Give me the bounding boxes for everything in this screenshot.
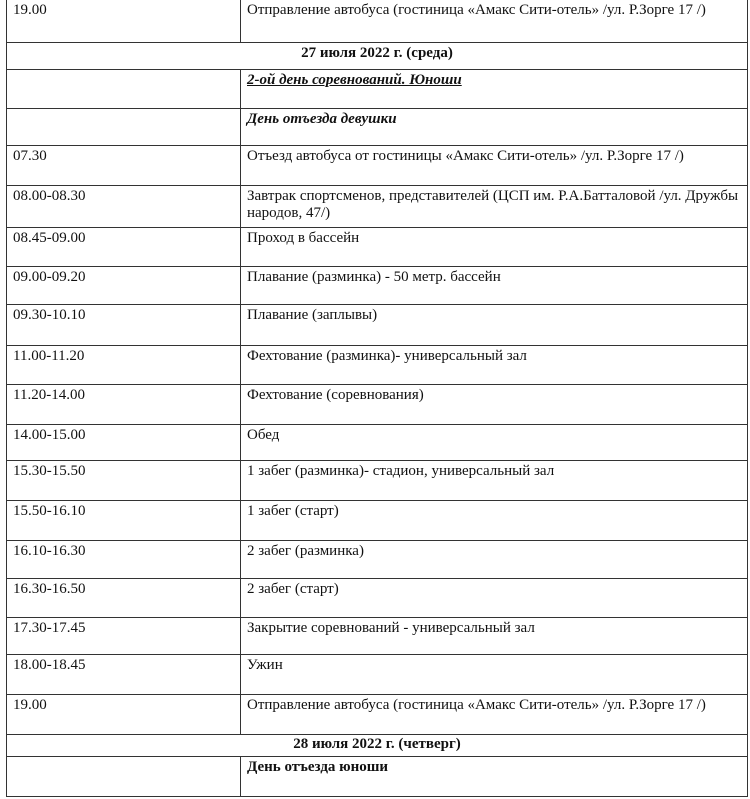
table-row: 16.30-16.50 2 забег (старт) <box>7 579 748 618</box>
time-cell <box>7 70 241 109</box>
description-cell: Обед <box>241 425 748 461</box>
table-row: 17.30-17.45 Закрытие соревнований - унив… <box>7 618 748 655</box>
table-row: 2-ой день соревнований. Юноши <box>7 70 748 109</box>
table-row: День отъезда юноши <box>7 757 748 797</box>
time-cell: 17.30-17.45 <box>7 618 241 655</box>
date-header-row: 28 июля 2022 г. (четверг) <box>7 735 748 757</box>
time-cell: 19.00 <box>7 695 241 735</box>
time-cell: 09.00-09.20 <box>7 267 241 305</box>
time-cell: 19.00 <box>7 0 241 43</box>
schedule-body: 19.00 Отправление автобуса (гостиница «А… <box>7 0 748 797</box>
time-cell: 14.00-15.00 <box>7 425 241 461</box>
time-cell: 07.30 <box>7 146 241 186</box>
time-cell: 18.00-18.45 <box>7 655 241 695</box>
description-cell: Проход в бассейн <box>241 228 748 267</box>
schedule-table: 19.00 Отправление автобуса (гостиница «А… <box>6 0 748 797</box>
description-cell: 1 забег (разминка)- стадион, универсальн… <box>241 461 748 501</box>
table-row: 16.10-16.30 2 забег (разминка) <box>7 541 748 579</box>
time-cell: 15.50-16.10 <box>7 501 241 541</box>
time-cell: 16.30-16.50 <box>7 579 241 618</box>
table-row: 15.30-15.50 1 забег (разминка)- стадион,… <box>7 461 748 501</box>
table-row: День отъезда девушки <box>7 109 748 146</box>
time-cell: 08.45-09.00 <box>7 228 241 267</box>
description-cell: Отъезд автобуса от гостиницы «Амакс Сити… <box>241 146 748 186</box>
description-cell: Отправление автобуса (гостиница «Амакс С… <box>241 695 748 735</box>
description-cell: Плавание (заплывы) <box>241 305 748 346</box>
time-cell: 15.30-15.50 <box>7 461 241 501</box>
date-header: 28 июля 2022 г. (четверг) <box>7 735 748 757</box>
description-cell: 2 забег (разминка) <box>241 541 748 579</box>
table-row: 08.00-08.30 Завтрак спортсменов, предста… <box>7 186 748 228</box>
table-row: 11.20-14.00 Фехтование (соревнования) <box>7 385 748 425</box>
description-cell: Ужин <box>241 655 748 695</box>
description-cell: Отправление автобуса (гостиница «Амакс С… <box>241 0 748 43</box>
time-cell: 16.10-16.30 <box>7 541 241 579</box>
table-row: 14.00-15.00 Обед <box>7 425 748 461</box>
description-cell: 2 забег (старт) <box>241 579 748 618</box>
table-row: 15.50-16.10 1 забег (старт) <box>7 501 748 541</box>
table-row: 09.00-09.20 Плавание (разминка) - 50 мет… <box>7 267 748 305</box>
description-cell: Закрытие соревнований - универсальный за… <box>241 618 748 655</box>
table-row: 18.00-18.45 Ужин <box>7 655 748 695</box>
description-cell: 1 забег (старт) <box>241 501 748 541</box>
section-note: День отъезда юноши <box>241 757 748 797</box>
table-row: 19.00 Отправление автобуса (гостиница «А… <box>7 695 748 735</box>
table-row: 08.45-09.00 Проход в бассейн <box>7 228 748 267</box>
table-row: 11.00-11.20 Фехтование (разминка)- униве… <box>7 346 748 385</box>
time-cell <box>7 109 241 146</box>
time-cell: 11.00-11.20 <box>7 346 241 385</box>
time-cell: 08.00-08.30 <box>7 186 241 228</box>
date-header-row: 27 июля 2022 г. (среда) <box>7 43 748 70</box>
description-cell: Плавание (разминка) - 50 метр. бассейн <box>241 267 748 305</box>
date-header: 27 июля 2022 г. (среда) <box>7 43 748 70</box>
description-cell: Завтрак спортсменов, представителей (ЦСП… <box>241 186 748 228</box>
time-cell: 09.30-10.10 <box>7 305 241 346</box>
description-cell: Фехтование (соревнования) <box>241 385 748 425</box>
section-heading: 2-ой день соревнований. Юноши <box>241 70 748 109</box>
table-row: 19.00 Отправление автобуса (гостиница «А… <box>7 0 748 43</box>
description-cell: Фехтование (разминка)- универсальный зал <box>241 346 748 385</box>
time-cell <box>7 757 241 797</box>
table-row: 09.30-10.10 Плавание (заплывы) <box>7 305 748 346</box>
section-note: День отъезда девушки <box>241 109 748 146</box>
time-cell: 11.20-14.00 <box>7 385 241 425</box>
table-row: 07.30 Отъезд автобуса от гостиницы «Амак… <box>7 146 748 186</box>
